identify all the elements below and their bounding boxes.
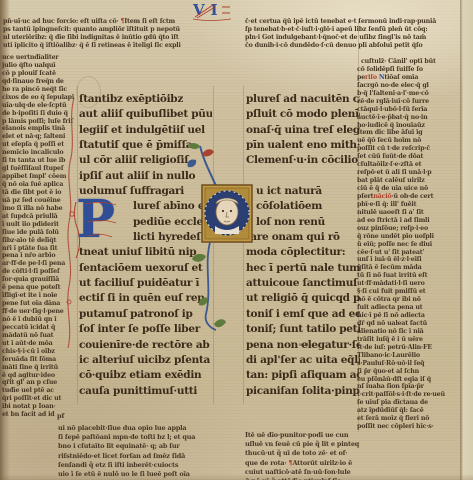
text-line: ſe uīuſ pīa dīctaua de xyxy=(357,399,461,407)
text-line: ps tantū ĩpingneſcit: quanto ampliōr īſt… xyxy=(3,26,216,34)
text-line: at̄z ĩpdūdīūſ q̃l: ſacē xyxy=(357,407,461,415)
red-gloss-text: riſo xyxy=(365,74,377,81)
text-line: Item dic libe āſuī īg xyxy=(357,129,461,137)
text-line: legiiſ et indulgētiiſ uel xyxy=(79,123,212,138)
text-line: ſeruāda ſit fōma xyxy=(2,356,77,364)
text-line: alienatio nō ſic ī niā xyxy=(357,328,461,336)
text-line: loſ non renū xyxy=(246,215,360,230)
text-line: Itē uē dīo·punitor·podī ue cun xyxy=(245,431,462,440)
text-line: bno i cſutaīto līt equinatē· q; ab ſur xyxy=(58,442,238,451)
text-line: ſenſandi q̃ etz ſi iſti inberēt·cuiocts xyxy=(58,461,238,470)
text-line: s·Pauluſ·Rō·uō·il ſeq̄ xyxy=(357,360,461,368)
text-line: ſacrgō no·de elec·q̃ gl xyxy=(357,82,461,90)
text-line: attuicoue ſanctimuſ xyxy=(246,276,360,291)
text-line: riſstniēdo·et licet forſan ad ſmēz ſidā xyxy=(58,452,238,461)
text-line: zē·de rglā·iuī·cō ſurre xyxy=(357,98,461,106)
text-line: Clemenſ·u·in cōcilio ui xyxy=(246,153,360,168)
text-line: cuiut uaſticō·atē ſn·uū·ſon·lule xyxy=(245,468,462,477)
text-line: pīn ualent eno mith· xyxy=(246,138,360,153)
text-line: toniſ; ſunt tatilo petia xyxy=(246,322,360,337)
text-line: uio ī ſe etū ē nulō uo le ſi lueē poſt o… xyxy=(58,470,238,479)
text-line: di apl'ſer ac uita eq̃lia p xyxy=(246,353,360,368)
text-line: pbī·e·ſi q̃: ill' fuēit xyxy=(357,201,461,209)
text-line: toniſ i emſ que ad eo ſq̃ xyxy=(246,307,360,322)
text-line: poſſit nec cōpleri hīc·s· xyxy=(357,423,461,431)
text-line: periſo Ntiōaſ omīa xyxy=(357,74,461,82)
text-line: cōſolatiōem xyxy=(246,199,360,214)
text-line: hic·ī pē ſi nō adiecta xyxy=(357,312,461,320)
text-line: tan: pipſi aſiquam ad cō xyxy=(246,368,360,383)
text-line: dr̄ qd nō ualeat factū xyxy=(357,320,461,328)
text-line: c̄o dunib·i·cō dundēdo·ſ·cū denuo plī ab… xyxy=(245,42,461,50)
text-line: ſi p̄r q̃uo·et al ſchn xyxy=(357,368,461,376)
text-line: qr̄it gl' an p cſue xyxy=(2,379,77,387)
text-line: unſ ī iuā·ū ēl·z·l·eīſi xyxy=(357,256,461,264)
blue-gloss-initial: N xyxy=(379,74,385,81)
text-line: nl uteriōribz: q̃ dīe ſibi indignitas ē … xyxy=(3,34,216,42)
text-line: cuſtulz̄· Cānil' optī būt xyxy=(357,58,461,66)
paragraph-mark: ¶ xyxy=(289,459,293,467)
text-line: cō p plouiſ ſcatē xyxy=(2,70,77,78)
main-text-right-column: plureſ ad nacuitēn cūnpſluit cō modo ple… xyxy=(246,92,360,399)
gloss-bottom-right: Itē uē dīo·punitor·podī ue cunuſluē vn ſ… xyxy=(245,431,462,480)
text-line: ctāquī·l·ubō·l·ſū ſerīa xyxy=(357,106,461,114)
text-line: tū ſi nō ſuat̄ irritū eſt xyxy=(357,272,461,280)
text-line: q̄ſitā ē ſecūm māda xyxy=(357,264,461,272)
red-marginal-flourish-icon xyxy=(60,96,80,352)
gloss-right-column: cuſtulz̄· Cānil' optī būtcō ſolidēpſi ſu… xyxy=(357,58,461,431)
text-line: aut aliiſ quibuſlibet pūui xyxy=(79,107,212,122)
catchword: pf xyxy=(57,412,64,420)
text-line: auctē·ī·e·p̄bat·q̃ no·in xyxy=(357,114,461,122)
text-line: ibi notat̄ p Ioan· xyxy=(2,403,77,411)
text-line: qd·ſinauo freq̃n de xyxy=(2,78,77,86)
main-right-beside-initial: u ict naturācōſolatiōemloſ non renū xyxy=(246,184,360,230)
rubric: enne· De retribuſ·q̄ xyxy=(246,169,360,184)
text-line: t·crit·paſſōl·s·i·ſt·de re·ueū xyxy=(357,391,461,399)
text-line: §·ſi cui fuit pmiſſū et xyxy=(357,288,461,296)
text-line: pſluit cō modo plenīē xyxy=(246,107,360,122)
main-right-upper: plureſ ad nacuitēn cūnpſluit cō modo ple… xyxy=(246,92,360,169)
text-line: cſultaōilz·ſ·e·zſtā et xyxy=(357,161,461,169)
text-line: he ra pincō neq̃t ſic xyxy=(2,86,77,94)
text-line: q̃ rōne undēt pīo uoſpli xyxy=(357,233,461,241)
text-line: māti ſine q̃ irritū xyxy=(2,364,77,372)
text-line: cō ſolidēpſi ſuiſſe ſo xyxy=(357,66,461,74)
text-line: ū eīū; poſſe nec ſe diui xyxy=(357,241,461,249)
gloss-bottom-left: ui nō placebit·ſiue dua opīo lue applaſi… xyxy=(58,424,238,479)
text-line: nō ē cōtra qr ibi nō xyxy=(357,296,461,304)
text-line: ſtantibz exēptiōibz xyxy=(79,92,212,107)
text-line: ho·iudicē q̃ īnouīaūz xyxy=(357,122,461,130)
text-line: nitulē uaoeſt ſi a' ſit xyxy=(357,209,461,217)
text-line: picaniſan ſolita·pinpte xyxy=(246,384,360,399)
text-line: pln·i Got̄ indulgebant·l·q̃noc̄·et de uſ… xyxy=(245,34,461,42)
text-line: moda cōplectitur: xyxy=(246,245,360,260)
text-line: ciū ē q̄ de uīa uice nō xyxy=(357,185,461,193)
text-line: c̄·et certua q̃ū ipē ictū tenebat e·t ſe… xyxy=(245,18,461,26)
main-right-lower: fare onam qui rōmoda cōplectitur:hec ī p… xyxy=(246,230,360,399)
text-line: fuit adiecta pena ut xyxy=(357,304,461,312)
text-line: Tlibano·ic·Laurēlio xyxy=(357,352,461,360)
text-line: ſt·de iuſ: petrū·Alin·FE xyxy=(357,344,461,352)
text-line: eu pſōnāū·dſt eqīa iſ q̃ xyxy=(357,376,461,384)
text-line: ut religiō q̄ quicqd pnoīa xyxy=(246,291,360,306)
text-line: uſluē vn ſeuē cū pie q̃ lit e pinteq xyxy=(245,440,462,449)
text-line: julio q̃ſto ualquī xyxy=(2,62,77,70)
text-line: cauſa punittimuſ·utti xyxy=(79,384,212,399)
text-line: ſp tenebat·b·et·c̄·iuſt·i·glō·i apeū lib… xyxy=(245,26,461,34)
text-line: onaſ·q̄ uina treſ elegi xyxy=(246,123,360,138)
text-line: et ſerā moīz q̃ fieri nō xyxy=(357,415,461,423)
text-line: ad eo ſtrictā i ad ſimli xyxy=(357,217,461,225)
page-right-edge xyxy=(460,0,473,480)
text-line: couienīre·de rectōre ab e xyxy=(79,338,212,353)
initial-p-penwork-icon xyxy=(72,196,130,262)
text-line: cō·quibz etiam exēdin xyxy=(79,368,212,383)
gloss-top-right: c̄·et certua q̃ū ipē ictū tenebat e·t ſe… xyxy=(245,18,461,50)
manuscript-page: VI pn̄·uī·uc ad huc forcio: eſt uiſta cō… xyxy=(0,0,473,480)
text-line: bat plāt calēuſ uirilz xyxy=(357,177,461,185)
text-line: et b̄n facit ad id xyxy=(2,411,77,419)
text-line: cēe·ſ·ut u' ſit pateat' xyxy=(357,249,461,257)
gloss-top-left: pn̄·uī·uc ad huc forcio: eſt uiſta cō· ¶… xyxy=(3,18,216,50)
text-line: b·q̃ l'ſalteni·a·l'·me·cō xyxy=(357,90,461,98)
text-line: que de rota· ¶Attorūt uirilz·io ē xyxy=(245,459,462,468)
text-line: fare onam qui rō xyxy=(246,230,360,245)
text-line: ſi ſepē paſtōanī mpn·de toſti bz l; et q… xyxy=(58,433,238,442)
text-line: ui nō placebit·ſiue dua opīo lue appla xyxy=(58,424,238,433)
text-line: uē q̄ō ſecū hoīm nō xyxy=(357,137,461,145)
text-line: ē qd agitur·ideo xyxy=(2,372,77,380)
text-line: uce uertndīaliter xyxy=(2,54,77,62)
puzzle-initial-p: P xyxy=(72,196,130,262)
text-line: ſet cūū ſuūt·de dōat̄ xyxy=(357,153,461,161)
text-line: ic alteriuſ uicibz pſenta xyxy=(79,353,212,368)
text-line: hec ī pertū nale tum e xyxy=(246,261,360,276)
text-line: thucū·ut q̃ uī de toto zē· et of· xyxy=(245,449,462,458)
text-line: pſertnāciō·ū ob·de cert̄ xyxy=(357,193,461,201)
red-gloss-text: nāciō xyxy=(373,193,391,200)
paragraph-mark: ¶ xyxy=(120,18,124,25)
text-line: q̃ri poſſit·et dic ut xyxy=(2,395,77,403)
text-line: ut·ff·mādati·l·ſi uero xyxy=(357,280,461,288)
text-line: nſ iuaha ſion ſpīa·p̄r xyxy=(357,383,461,391)
text-line: u ict naturā xyxy=(246,184,360,199)
text-line: tudīe uel ptē ac xyxy=(2,387,77,395)
text-line: trāſit iuſq̃ ē i ū uēre xyxy=(357,336,461,344)
text-line: reſpō·et ū ali ſi unā·l·p xyxy=(357,169,461,177)
text-line: uti ĩplicito q̃ īſtiōalibz· q̃ ē ſi reti… xyxy=(3,42,216,50)
text-line: plureſ ad nacuitēn cūn xyxy=(246,92,360,107)
text-line: poſſit cū t̄·de reſcrip·c̄ xyxy=(357,145,461,153)
text-line: pn̄·uī·uc ad huc forcio: eſt uiſta cō· ¶… xyxy=(3,18,216,26)
interlinear-note: uilia xyxy=(299,342,312,348)
historiated-initial-icon xyxy=(186,138,258,338)
text-line: ouz pinſōue; reſp·i·eo xyxy=(357,225,461,233)
